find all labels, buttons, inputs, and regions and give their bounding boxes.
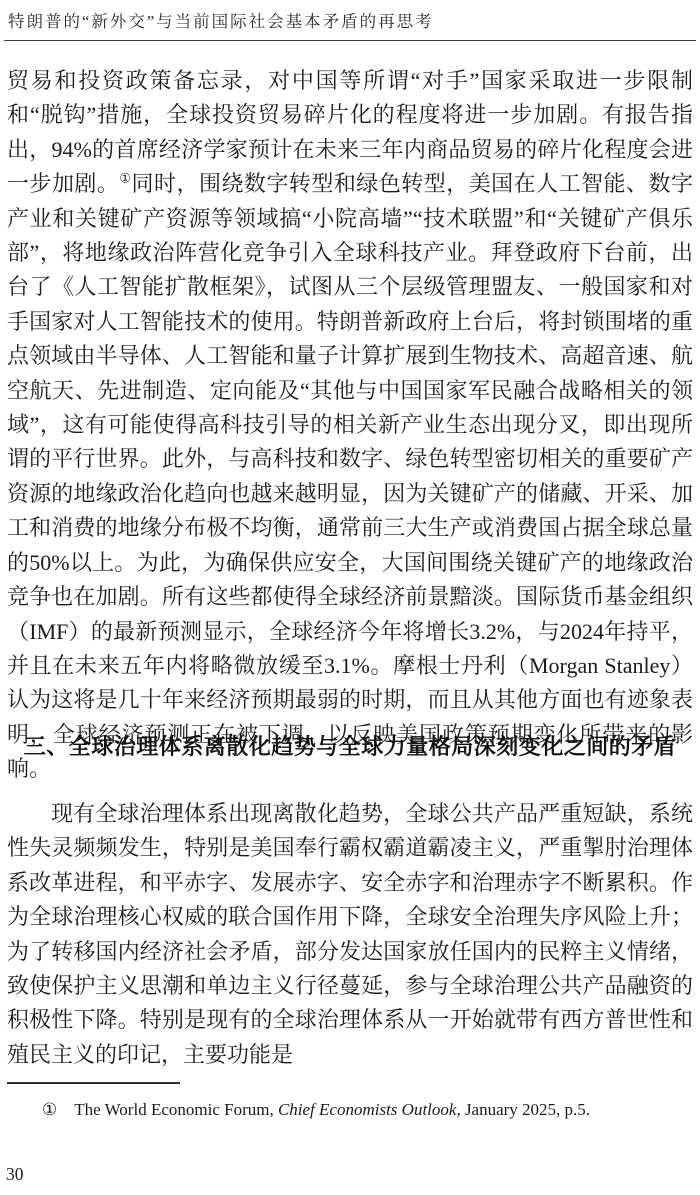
footnote-separator [7,1082,180,1084]
header-rule [4,40,696,41]
document-page: 特朗普的“新外交”与当前国际社会基本矛盾的再思考 贸易和投资政策备忘录，对中国等… [0,0,700,1195]
section-heading: 三、全球治理体系离散化趋势与全球力量格局深刻变化之间的矛盾 [0,730,700,761]
body-paragraph-1: 贸易和投资政策备忘录，对中国等所谓“对手”国家采取进一步限制和“脱钩”措施，全球… [7,64,693,787]
body-paragraph-2: 现有全球治理体系出现离散化趋势，全球公共产品严重短缺，系统性失灵频频发生，特别是… [7,797,693,1072]
paragraph-1-text-after-note: 同时，围绕数字转型和绿色转型，美国在人工智能、数字产业和关键矿产资源等领域搞“小… [7,171,693,781]
footnote: ①The World Economic Forum, Chief Economi… [7,1098,667,1121]
footnote-cited-title: Chief Economists Outlook [278,1100,456,1119]
footnote-text-before-italic: The World Economic Forum, [74,1100,278,1119]
running-header-title: 特朗普的“新外交”与当前国际社会基本矛盾的再思考 [8,8,692,32]
page-number: 30 [6,1164,24,1185]
footnote-reference-mark: ① [119,171,131,186]
footnote-text-after-italic: , January 2025, p.5. [456,1100,590,1119]
footnote-marker: ① [42,1098,57,1121]
